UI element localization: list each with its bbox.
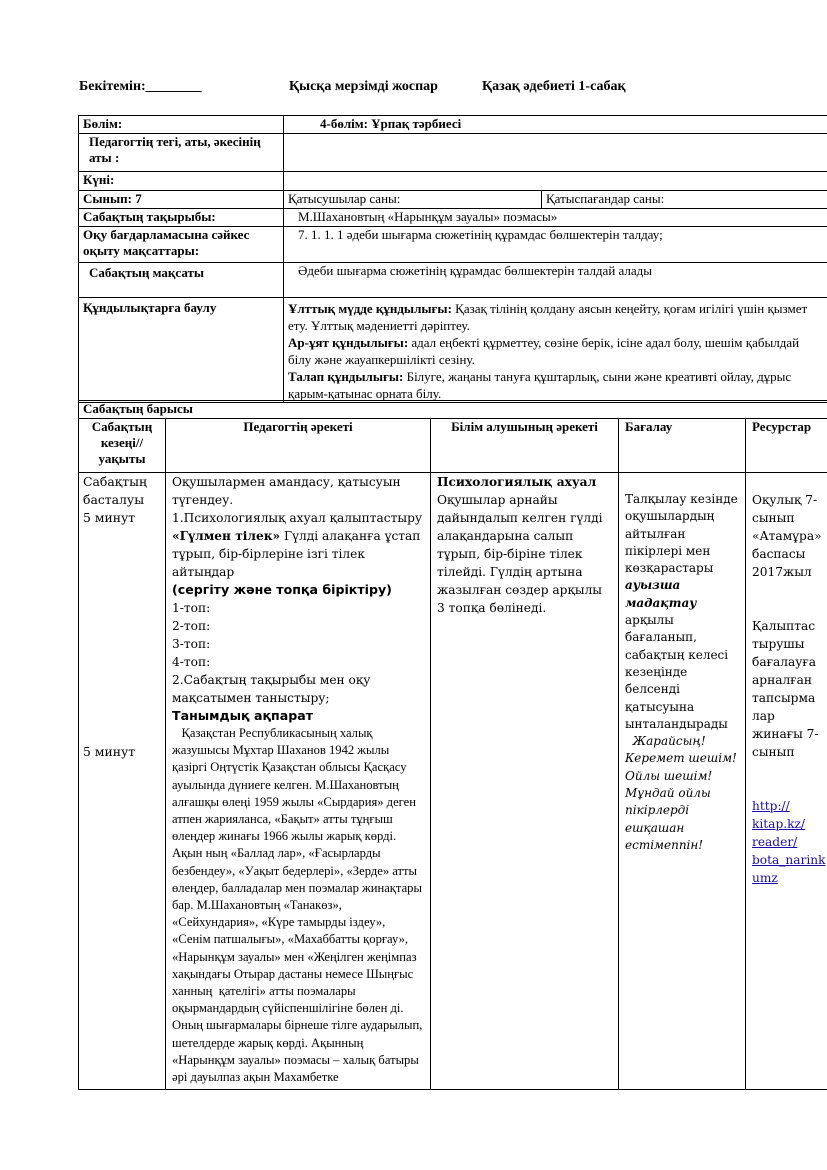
class-label: Сынып: 7 (79, 191, 284, 209)
assessment-text-2: арқылы бағаланып, сабақтың келесі кезеңі… (625, 612, 739, 733)
teacher-name-label: Педагогтің тегі, аты, әкесінің аты : (79, 134, 284, 172)
group-1: 1-топ: (172, 599, 424, 617)
greeting-text: Оқушылармен амандасу, қатысуын түгендеу. (172, 473, 424, 509)
student-activity-title: Психологиялық ахуал (437, 473, 612, 491)
stage-name: Сабақтың басталуы (83, 473, 161, 509)
teacher-activity-cell: Оқушылармен амандасу, қатысуын түгендеу.… (166, 473, 431, 1090)
goal-value: Әдеби шығарма сюжетінің құрамдас бөлшект… (284, 263, 827, 298)
step1-text: 1.Психологиялық ахуал қалыптастыру (172, 509, 424, 527)
col-header-student: Білім алушының әрекеті (431, 419, 619, 473)
assessment-method: ауызша мадақтау (625, 577, 739, 612)
step2-text: 2.Сабақтың тақырыбы мен оқу мақсатымен т… (172, 671, 424, 707)
absent-count-label: Қатыспағандар саны: (542, 191, 827, 209)
section-value: 4-бөлім: Ұрпақ тәрбиесі (284, 116, 827, 134)
col-header-assessment: Бағалау (619, 419, 746, 473)
subject-title: Қазақ әдебиеті 1-сабақ (482, 79, 626, 95)
praise-text: Жарайсың! Керемет шешім! Ойлы шешім! Мұн… (625, 733, 739, 854)
student-activity-cell: Психологиялық ахуал Оқушылар арнайы дайы… (431, 473, 619, 1090)
col-header-stage: Сабақтың кезеңі// уақыты (79, 419, 166, 473)
teacher-name-field[interactable] (284, 134, 827, 172)
student-activity-text: Оқушылар арнайы дайындалып келген гүлді … (437, 491, 612, 617)
group-4: 4-топ: (172, 653, 424, 671)
plan-type-title: Қысқа мерзімді жоспар (289, 79, 438, 95)
col-header-teacher: Педагогтің әрекеті (166, 419, 431, 473)
group-3: 3-топ: (172, 635, 424, 653)
resource-textbook: Оқулық 7-сынып «Атамұра» баспасы 2017жыл (752, 491, 827, 581)
value-ethics: Ар-ұят құндылығы: адал еңбекті құрметтеу… (288, 334, 823, 368)
lesson-progress-title: Сабақтың барысы (79, 401, 827, 419)
grouping-text: (сергіту және топқа біріктіру) (172, 581, 424, 599)
resource-tasks: Қалыптас тырушы бағалауға арналған тапсы… (752, 617, 827, 761)
objectives-label: Оқу бағдарламасына сәйкес оқыту мақсатта… (79, 227, 284, 263)
info-title: Танымдық ақпарат (172, 707, 424, 725)
value-aspiration: Талап құндылығы: Білуге, жаңаны тануға қ… (288, 368, 823, 402)
value-national: Ұлттық мүдде құндылығы: Қазақ тілінің қо… (288, 300, 823, 334)
lesson-plan-table: Сабақтың барысы Сабақтың кезеңі// уақыты… (78, 400, 827, 1090)
resources-cell: Оқулық 7-сынып «Атамұра» баспасы 2017жыл… (746, 473, 827, 1090)
group-2: 2-топ: (172, 617, 424, 635)
stage-time-1: 5 минут (83, 509, 161, 527)
section-label: Бөлім: (79, 116, 284, 134)
col-header-resources: Ресурстар (746, 419, 827, 473)
resource-link[interactable]: http:// kitap.kz/ reader/ bota_narink um… (752, 797, 827, 887)
date-label: Күні: (79, 172, 284, 191)
info-text: Қазақстан Республикасының халық жазушысы… (172, 725, 424, 1086)
date-field[interactable] (284, 172, 827, 191)
topic-label: Сабақтың тақырыбы: (79, 209, 284, 227)
stage-cell: Сабақтың басталуы 5 минут 5 минут (79, 473, 166, 1090)
present-count-label: Қатысушылар саны: (284, 191, 542, 209)
lesson-info-table: Бөлім: 4-бөлім: Ұрпақ тәрбиесі Педагогті… (78, 115, 827, 403)
assessment-cell: Талқылау кезінде оқушылардың айтылған пі… (619, 473, 746, 1090)
goal-label: Сабақтың мақсаты (79, 263, 284, 298)
objectives-value: 7. 1. 1. 1 әдеби шығарма сюжетінің құрам… (284, 227, 827, 263)
topic-value: М.Шахановтың «Нарынқұм зауалы» поэмасы» (284, 209, 827, 227)
activity-text: «Гүлмен тілек» Гүлді алақанға ұстап тұры… (172, 527, 424, 581)
values-label: Құндылықтарға баулу (79, 298, 284, 403)
assessment-text-1: Талқылау кезінде оқушылардың айтылған пі… (625, 491, 739, 577)
values-content: Ұлттық мүдде құндылығы: Қазақ тілінің қо… (284, 298, 827, 403)
stage-time-2: 5 минут (83, 743, 161, 761)
approval-line: Бекітемін:________ (79, 79, 202, 95)
